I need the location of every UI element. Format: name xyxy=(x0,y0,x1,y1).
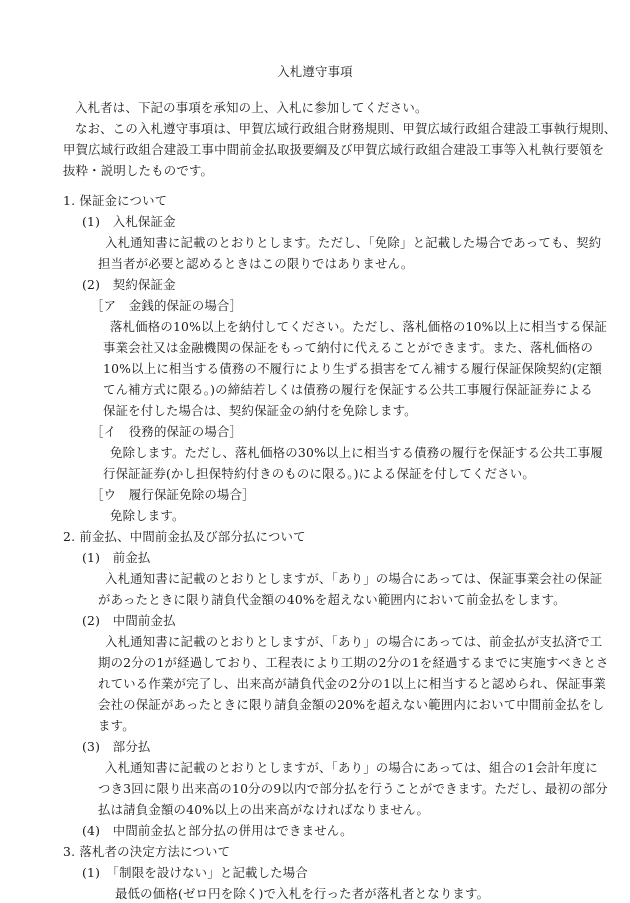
item-heading: (2) 中間前金払 xyxy=(82,613,176,629)
item-text: 担当者が必要と認めるときはこの限りではありません。 xyxy=(98,256,414,272)
item-text: 入札通知書に記載のとおりとしますが、「あり」の場合にあっては、組合の1会計年度に xyxy=(105,760,598,776)
intro-line: 甲賀広域行政組合建設工事中間前金払取扱要綱及び甲賀広域行政組合建設工事等入札執行… xyxy=(63,142,604,158)
item-text: 期の2分の1が経過しており、工程表により工期の2分の1を経過するまでに実施すべき… xyxy=(98,655,609,671)
section-heading: 1. 保証金について xyxy=(63,193,167,209)
item-text: 最低の価格(ゼロ円を除く)で入札を行った者が落札者となります。 xyxy=(115,886,489,902)
item-text: 入札通知書に記載のとおりとします。ただし、「免除」と記載した場合であっても、契約 xyxy=(105,235,601,251)
item-heading: (1) 前金払 xyxy=(82,550,151,566)
document-title: 入札遵守事項 xyxy=(0,64,630,80)
subitem-text: 免除します。ただし、落札価格の30%以上に相当する債務の履行を保証する公共工事履 xyxy=(110,445,603,461)
item-heading: (2) 契約保証金 xyxy=(82,277,176,293)
subitem-text: 保証を付した場合は、契約保証金の納付を免除します。 xyxy=(103,403,417,419)
subitem-heading: ［ウ 履行保証免除の場合］ xyxy=(91,487,255,503)
subitem-text: 行保証証券(かし担保特約付きのものに限る。)による保証を付してください。 xyxy=(103,466,535,482)
subitem-text: てん補方式に限る。)の締結若しくは債務の履行を保証する公共工事履行保証証券による xyxy=(103,382,593,398)
item-text: つき3回に限り出来高の10分の9以内で部分払を行うことができます。ただし、最初の… xyxy=(98,781,608,797)
item-text: 入札通知書に記載のとおりとしますが、「あり」の場合にあっては、保証事業会社の保証 xyxy=(105,571,602,587)
item-text: ます。 xyxy=(98,718,135,734)
section-heading: 3. 落札者の決定方法について xyxy=(63,844,230,860)
subitem-heading: ［イ 役務的保証の場合］ xyxy=(91,424,242,440)
intro-line: なお、この入札遵守事項は、甲賀広域行政組合財務規則、甲賀広域行政組合建設工事執行… xyxy=(75,121,616,137)
item-text: 払は請負金額の40%以上の出来高がなければなりません。 xyxy=(98,802,429,818)
item-heading: (4) 中間前金払と部分払の併用はできません。 xyxy=(82,823,353,839)
subitem-text: 10%以上に相当する債務の不履行により生ずる損害をてん補する履行保証保険契約(定… xyxy=(103,361,602,377)
item-heading: (1) 入札保証金 xyxy=(82,214,176,230)
item-text: があったときに限り請負代金額の40%を超えない範囲内において前金払をします。 xyxy=(98,592,566,608)
item-text: れている作業が完了し、出来高が請負代金の2分の1以上に相当すると認められ、保証事… xyxy=(98,676,606,692)
item-text: 会社の保証があったときに限り請負金額の20%を超えない範囲内において中間前金払を… xyxy=(98,697,604,713)
item-text: 入札通知書に記載のとおりとしますが、「あり」の場合にあっては、前金払が支払済で工 xyxy=(105,634,602,650)
item-heading: (1) 「制限を設けない」と記載した場合 xyxy=(82,865,308,881)
intro-line: 抜粋・説明したものです。 xyxy=(63,163,213,179)
item-heading: (3) 部分払 xyxy=(82,739,151,755)
subitem-text: 事業会社又は金融機関の保証をもって納付に代えることができます。また、落札価格の xyxy=(103,340,593,356)
subitem-text: 免除します。 xyxy=(110,508,185,524)
subitem-heading: ［ア 金銭的保証の場合］ xyxy=(91,298,242,314)
subitem-text: 落札価格の10%以上を納付してください。ただし、落札価格の10%以上に相当する保… xyxy=(110,319,607,335)
section-heading: 2. 前金払、中間前金払及び部分払について xyxy=(63,529,306,545)
intro-line: 入札者は、下記の事項を承知の上、入札に参加してください。 xyxy=(75,100,428,116)
